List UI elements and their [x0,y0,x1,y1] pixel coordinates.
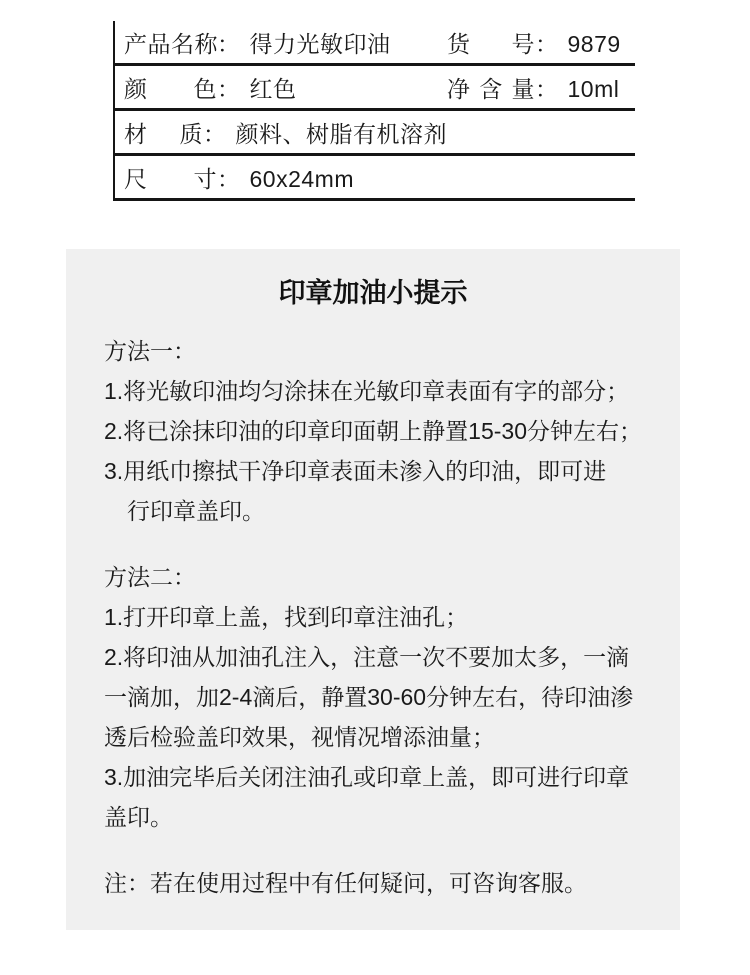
spec-label: 颜色 [124,71,217,104]
tips-box: 印章加油小提示 方法一： 1.将光敏印油均匀涂抹在光敏印章表面有字的部分； 2.… [66,249,680,930]
spec-row-name-itemno: 产品名称：得力光敏印油 货号：9879 [115,21,635,66]
spec-colon: ： [535,26,559,59]
spec-value: 颜料、树脂有机溶剂 [236,116,448,149]
tips-note: 注：若在使用过程中有任何疑问，可咨询客服。 [104,863,652,903]
spec-label: 尺寸 [124,161,217,194]
method2-step-2: 2.将印油从加油孔注入，注意一次不要加太多，一滴 一滴加，加2-4滴后，静置30… [104,637,652,757]
spec-row-color-netcontent: 颜色：红色 净含量：10ml [115,66,635,111]
spec-colon: ： [217,161,241,194]
spec-value: 9879 [568,31,621,58]
spec-value: 得力光敏印油 [250,26,391,59]
spec-label: 产品名称 [124,26,217,59]
method1-heading: 方法一： [104,331,652,371]
product-description-page: 产品名称：得力光敏印油 货号：9879 颜色：红色 净含量：10ml 材质：颜料… [0,0,750,975]
method2-heading: 方法二： [104,557,652,597]
spec-cell-item-number: 货号：9879 [447,26,635,59]
method1-step-2: 2.将已涂抹印油的印章印面朝上静置15-30分钟左右； [104,411,652,451]
spec-row-material: 材质：颜料、树脂有机溶剂 [115,111,635,156]
spec-label: 净含量 [447,71,535,104]
spec-value: 60x24mm [250,166,354,193]
spec-table: 产品名称：得力光敏印油 货号：9879 颜色：红色 净含量：10ml 材质：颜料… [113,21,635,201]
spec-cell-size: 尺寸：60x24mm [124,161,447,194]
method2-step-3: 3.加油完毕后关闭注油孔或印章上盖，即可进行印章 盖印。 [104,757,652,837]
spec-value: 红色 [250,71,297,104]
spec-colon: ： [535,71,559,104]
method1-step-1: 1.将光敏印油均匀涂抹在光敏印章表面有字的部分； [104,371,652,411]
spec-cell-color: 颜色：红色 [124,71,447,104]
spec-value: 10ml [568,76,620,103]
spec-colon: ： [203,116,227,149]
spec-colon: ： [217,71,241,104]
spec-cell-product-name: 产品名称：得力光敏印油 [124,26,447,59]
spec-colon: ： [217,26,241,59]
tips-title: 印章加油小提示 [94,275,652,311]
spec-cell-material: 材质：颜料、树脂有机溶剂 [124,116,447,149]
method1-step-3: 3.用纸巾擦拭干净印章表面未渗入的印油，即可进 行印章盖印。 [104,451,652,531]
spec-label: 材质 [124,116,203,149]
spec-row-size: 尺寸：60x24mm [115,156,635,201]
spec-label: 货号 [447,26,535,59]
spec-cell-net-content: 净含量：10ml [447,71,635,104]
method2-step-1: 1.打开印章上盖，找到印章注油孔； [104,597,652,637]
